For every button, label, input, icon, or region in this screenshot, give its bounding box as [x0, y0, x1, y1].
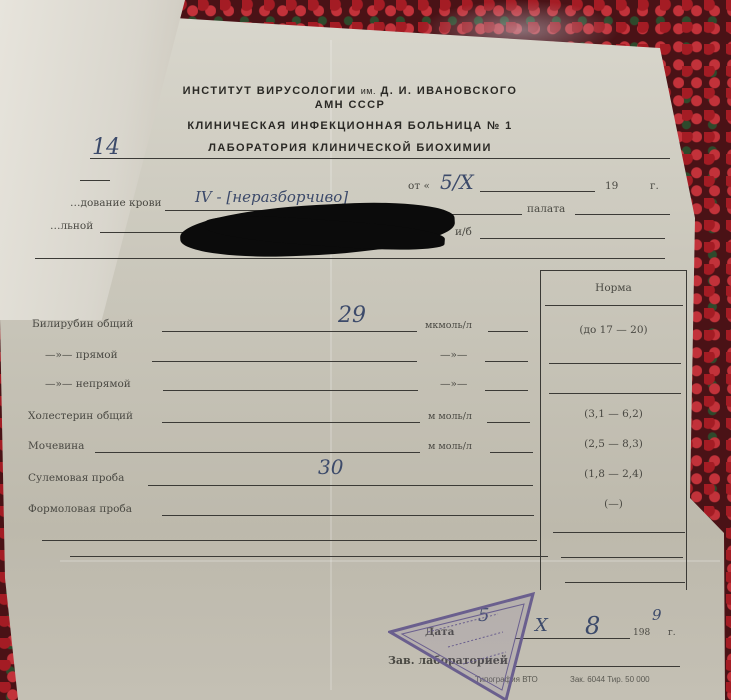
test-extra-line[interactable] [485, 390, 528, 391]
norm-top-rule [541, 270, 686, 271]
institute-name: ИНСТИТУТ ВИРУСОЛОГИИ [183, 85, 357, 97]
test-unit: м моль/л [428, 411, 472, 422]
blood-test-value: IV - [неразборчиво] [195, 188, 348, 206]
test-value-line[interactable] [148, 485, 533, 486]
test-extra-line[interactable] [488, 331, 528, 332]
test-value-line[interactable] [162, 422, 420, 423]
norm-row-rule [549, 363, 681, 364]
norm-row-rule [565, 582, 685, 583]
test-name: Мочевина [28, 440, 84, 452]
year-label: 19 [605, 180, 618, 192]
norm-header-rule [545, 305, 683, 306]
test-value-line[interactable] [152, 361, 417, 362]
norm-sublimate: (1,8 — 2,4) [541, 468, 686, 480]
norm-row-rule [549, 393, 681, 394]
blood-test-label: …дование крови [70, 197, 162, 209]
print-order-info: Зак. 6044 Тир. 50 000 [570, 675, 650, 684]
test-unit: —»— [440, 349, 467, 361]
test-value-line[interactable] [95, 452, 420, 453]
year-suffix: г. [650, 180, 659, 192]
institute-title: ИНСТИТУТ ВИРУСОЛОГИИ им. Д. И. ИВАНОВСКО… [150, 85, 550, 97]
ward-line[interactable] [575, 214, 670, 215]
footer-year-prefix: 198 [633, 628, 650, 638]
norm-urea: (2,5 — 8,3) [541, 438, 686, 450]
test-unit: м моль/л [428, 441, 472, 452]
test-name: Формоловая проба [28, 503, 132, 515]
academy-title: АМН СССР [150, 99, 550, 111]
norm-formol: (—) [541, 498, 686, 510]
test-name: —»— непрямой [45, 378, 131, 390]
footer-year-digit: 9 [652, 606, 662, 624]
form-number-handwritten: 14 [92, 135, 120, 160]
norm-column: Норма (до 17 — 20) (3,1 — 6,2) (2,5 — 8,… [540, 270, 687, 590]
norm-row-rule [553, 532, 685, 533]
section-rule [35, 258, 665, 259]
ward-label: палата [527, 203, 565, 215]
date-line[interactable] [480, 191, 595, 192]
date-from-label: от « [408, 180, 430, 192]
patient-label: …льной [50, 220, 93, 232]
test-name: Сулемовая проба [28, 472, 124, 484]
norm-header: Норма [541, 282, 686, 294]
blank-row-line[interactable] [42, 540, 537, 541]
test-name: —»— прямой [45, 349, 118, 361]
lab-report-document: ИНСТИТУТ ВИРУСОЛОГИИ им. Д. И. ИВАНОВСКО… [0, 0, 731, 700]
test-extra-line[interactable] [487, 422, 530, 423]
test-unit: —»— [440, 378, 467, 390]
hospital-title: КЛИНИЧЕСКАЯ ИНФЕКЦИОННАЯ БОЛЬНИЦА № 1 [150, 120, 550, 132]
case-label: и/б [455, 226, 472, 238]
test-value-handwritten: 29 [338, 303, 366, 328]
footer-date-extra: 8 [585, 612, 600, 640]
test-unit: мкмоль/л [425, 320, 472, 331]
test-name: Билирубин общий [32, 318, 133, 330]
test-value-line[interactable] [163, 390, 418, 391]
test-value-handwritten: 30 [318, 455, 343, 479]
test-name: Холестерин общий [28, 410, 133, 422]
test-extra-line[interactable] [490, 452, 533, 453]
norm-cholesterol: (3,1 — 6,2) [541, 408, 686, 420]
laboratory-title: ЛАБОРАТОРИЯ КЛИНИЧЕСКОЙ БИОХИМИИ [150, 142, 550, 154]
norm-bilirubin: (до 17 — 20) [541, 324, 686, 336]
institute-name-prefix: им. [361, 86, 376, 96]
triangular-stamp [388, 592, 538, 700]
number-underline [80, 180, 110, 181]
blank-row-line[interactable] [70, 556, 548, 557]
header-rule [90, 158, 670, 159]
test-value-line[interactable] [162, 515, 534, 516]
footer-year-suffix: г. [668, 628, 676, 638]
signature-line[interactable] [515, 666, 680, 667]
date-value: 5/X [440, 170, 474, 194]
institute-namesake: Д. И. ИВАНОВСКОГО [380, 85, 517, 97]
test-value-line[interactable] [162, 331, 417, 332]
test-extra-line[interactable] [485, 361, 528, 362]
case-line[interactable] [480, 238, 665, 239]
norm-row-rule [561, 557, 683, 558]
